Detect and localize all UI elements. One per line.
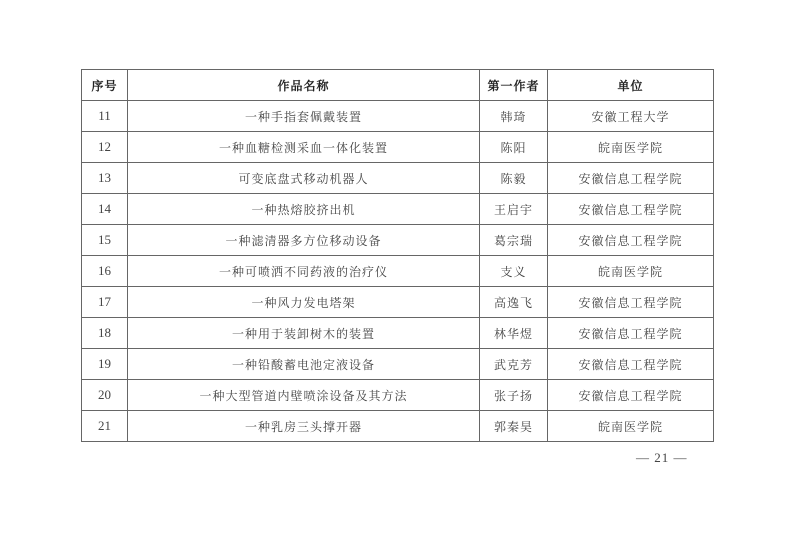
table-row: 16 一种可喷洒不同药液的治疗仪 支义 皖南医学院 bbox=[82, 256, 714, 287]
awards-table: 序号 作品名称 第一作者 单位 11 一种手指套佩戴装置 韩琦 安徽工程大学 1… bbox=[81, 69, 714, 442]
table-row: 20 一种大型管道内壁喷涂设备及其方法 张子扬 安徽信息工程学院 bbox=[82, 380, 714, 411]
row-number: 12 bbox=[82, 132, 128, 163]
row-title: 一种铅酸蓄电池定液设备 bbox=[128, 349, 480, 380]
row-unit: 安徽信息工程学院 bbox=[548, 380, 714, 411]
page-number: — 21 — bbox=[636, 450, 688, 466]
row-number: 13 bbox=[82, 163, 128, 194]
row-number: 18 bbox=[82, 318, 128, 349]
row-author: 支义 bbox=[480, 256, 548, 287]
row-title: 一种可喷洒不同药液的治疗仪 bbox=[128, 256, 480, 287]
row-title: 一种风力发电塔架 bbox=[128, 287, 480, 318]
table-row: 21 一种乳房三头撑开器 郭秦昊 皖南医学院 bbox=[82, 411, 714, 442]
table-row: 14 一种热熔胶挤出机 王启宇 安徽信息工程学院 bbox=[82, 194, 714, 225]
row-title: 一种血糖检测采血一体化装置 bbox=[128, 132, 480, 163]
row-unit: 皖南医学院 bbox=[548, 256, 714, 287]
row-number: 16 bbox=[82, 256, 128, 287]
row-title: 一种大型管道内壁喷涂设备及其方法 bbox=[128, 380, 480, 411]
row-number: 19 bbox=[82, 349, 128, 380]
row-author: 陈阳 bbox=[480, 132, 548, 163]
row-number: 20 bbox=[82, 380, 128, 411]
header-author: 第一作者 bbox=[480, 70, 548, 101]
table-row: 13 可变底盘式移动机器人 陈毅 安徽信息工程学院 bbox=[82, 163, 714, 194]
table-row: 12 一种血糖检测采血一体化装置 陈阳 皖南医学院 bbox=[82, 132, 714, 163]
row-title: 一种热熔胶挤出机 bbox=[128, 194, 480, 225]
header-number: 序号 bbox=[82, 70, 128, 101]
row-author: 武克芳 bbox=[480, 349, 548, 380]
row-unit: 安徽信息工程学院 bbox=[548, 163, 714, 194]
header-title: 作品名称 bbox=[128, 70, 480, 101]
row-title: 可变底盘式移动机器人 bbox=[128, 163, 480, 194]
row-author: 葛宗瑞 bbox=[480, 225, 548, 256]
row-title: 一种滤清器多方位移动设备 bbox=[128, 225, 480, 256]
table-row: 11 一种手指套佩戴装置 韩琦 安徽工程大学 bbox=[82, 101, 714, 132]
row-author: 韩琦 bbox=[480, 101, 548, 132]
row-unit: 安徽信息工程学院 bbox=[548, 287, 714, 318]
row-author: 王启宇 bbox=[480, 194, 548, 225]
row-title: 一种手指套佩戴装置 bbox=[128, 101, 480, 132]
row-author: 郭秦昊 bbox=[480, 411, 548, 442]
row-unit: 安徽信息工程学院 bbox=[548, 194, 714, 225]
header-unit: 单位 bbox=[548, 70, 714, 101]
table-row: 15 一种滤清器多方位移动设备 葛宗瑞 安徽信息工程学院 bbox=[82, 225, 714, 256]
table-row: 18 一种用于装卸树木的装置 林华煜 安徽信息工程学院 bbox=[82, 318, 714, 349]
row-number: 15 bbox=[82, 225, 128, 256]
row-unit: 皖南医学院 bbox=[548, 411, 714, 442]
row-title: 一种用于装卸树木的装置 bbox=[128, 318, 480, 349]
row-number: 21 bbox=[82, 411, 128, 442]
row-unit: 安徽信息工程学院 bbox=[548, 225, 714, 256]
row-title: 一种乳房三头撑开器 bbox=[128, 411, 480, 442]
row-number: 17 bbox=[82, 287, 128, 318]
row-unit: 安徽工程大学 bbox=[548, 101, 714, 132]
row-unit: 安徽信息工程学院 bbox=[548, 318, 714, 349]
row-unit: 皖南医学院 bbox=[548, 132, 714, 163]
table-row: 19 一种铅酸蓄电池定液设备 武克芳 安徽信息工程学院 bbox=[82, 349, 714, 380]
table-row: 17 一种风力发电塔架 高逸飞 安徽信息工程学院 bbox=[82, 287, 714, 318]
row-unit: 安徽信息工程学院 bbox=[548, 349, 714, 380]
row-author: 林华煜 bbox=[480, 318, 548, 349]
row-author: 陈毅 bbox=[480, 163, 548, 194]
row-number: 11 bbox=[82, 101, 128, 132]
row-number: 14 bbox=[82, 194, 128, 225]
row-author: 高逸飞 bbox=[480, 287, 548, 318]
row-author: 张子扬 bbox=[480, 380, 548, 411]
table-header-row: 序号 作品名称 第一作者 单位 bbox=[82, 70, 714, 101]
